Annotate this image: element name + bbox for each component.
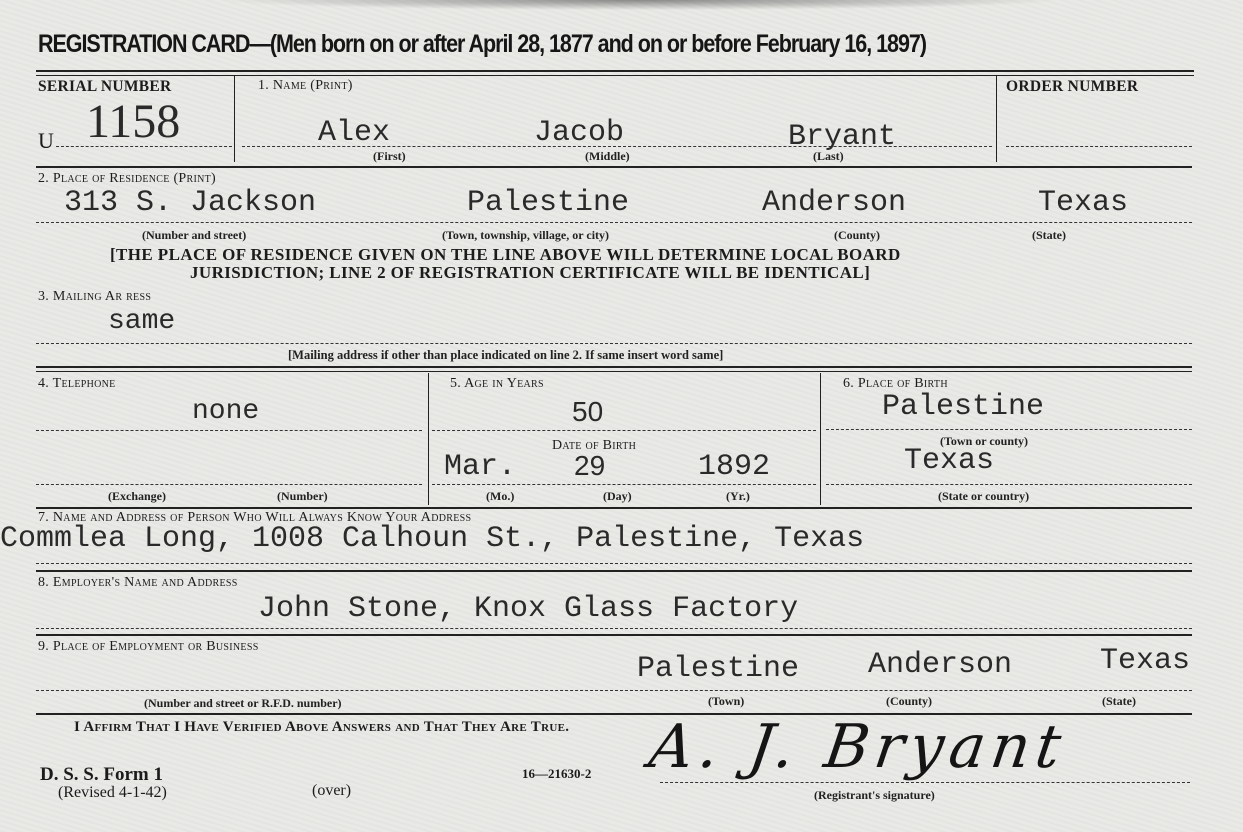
serial-number-value[interactable]: 1158 xyxy=(86,94,180,149)
jurisdiction-notice-1: [THE PLACE OF RESIDENCE GIVEN ON THE LIN… xyxy=(110,246,901,264)
residence-county[interactable]: Anderson xyxy=(762,186,906,220)
employer-value[interactable]: John Stone, Knox Glass Factory xyxy=(258,592,798,626)
caption-state-or-country: (State or country) xyxy=(938,489,1029,504)
order-number-field[interactable] xyxy=(1006,146,1192,147)
name-middle[interactable]: Jacob xyxy=(534,116,624,150)
age-underline xyxy=(432,430,816,431)
affirmation-text: I Affirm That I Have Verified Above Answ… xyxy=(74,719,569,736)
birthplace-underline-1 xyxy=(826,429,1192,430)
mailing-underline xyxy=(36,343,1192,344)
serial-prefix: U xyxy=(38,128,54,154)
caption-exchange: (Exchange) xyxy=(108,489,166,504)
age-divider xyxy=(820,373,821,505)
age-label: 5. Age in Years xyxy=(450,376,544,392)
residence-label: 2. Place of Residence (Print) xyxy=(38,171,216,187)
rule-after-employer xyxy=(36,634,1192,636)
rule-after-mailing-2 xyxy=(36,371,1192,372)
caption-last: (Last) xyxy=(813,149,844,164)
card-title: REGISTRATION CARD—(Men born on or after … xyxy=(38,30,926,59)
signature-underline xyxy=(660,782,1190,783)
caption-employment-street: (Number and street or R.F.D. number) xyxy=(144,696,342,711)
print-code: 16—21630-2 xyxy=(522,766,591,782)
form-revised: (Revised 4-1-42) xyxy=(58,784,167,802)
employer-label: 8. Employer's Name and Address xyxy=(38,575,238,591)
employment-county[interactable]: Anderson xyxy=(868,648,1012,682)
residence-underline xyxy=(36,222,1192,223)
employment-town[interactable]: Palestine xyxy=(637,652,799,686)
registrant-signature[interactable]: A. J. Bryant xyxy=(645,712,1071,782)
top-rule-2 xyxy=(36,75,1194,76)
age-value[interactable]: 50 xyxy=(572,396,603,428)
contact-person-value[interactable]: Commlea Long, 1008 Calhoun St., Palestin… xyxy=(0,522,864,556)
rule-after-birth xyxy=(36,507,1192,509)
name-first[interactable]: Alex xyxy=(318,116,390,150)
telephone-label: 4. Telephone xyxy=(38,376,116,392)
order-number-label: ORDER NUMBER xyxy=(1006,78,1138,96)
top-rule xyxy=(36,70,1194,72)
caption-first: (First) xyxy=(373,149,406,164)
telephone-underline-2 xyxy=(36,484,422,485)
employer-underline xyxy=(36,628,1192,629)
employment-place-label: 9. Place of Employment or Business xyxy=(38,639,259,655)
caption-year: (Yr.) xyxy=(726,489,750,504)
birthplace-state[interactable]: Texas xyxy=(904,444,994,478)
mailing-address-value[interactable]: same xyxy=(108,306,175,337)
caption-state: (State) xyxy=(1032,228,1066,243)
serial-underline xyxy=(56,146,232,147)
caption-county: (County) xyxy=(834,228,880,243)
caption-town: (Town, township, village, or city) xyxy=(442,228,609,243)
caption-employment-state: (State) xyxy=(1102,694,1136,709)
order-divider xyxy=(996,76,997,162)
rule-after-mailing xyxy=(36,366,1192,368)
telephone-value[interactable]: none xyxy=(192,396,259,427)
dob-month[interactable]: Mar. xyxy=(444,450,516,484)
caption-middle: (Middle) xyxy=(585,149,630,164)
caption-month: (Mo.) xyxy=(486,489,514,504)
residence-state[interactable]: Texas xyxy=(1038,186,1128,220)
name-underline xyxy=(242,146,992,147)
rule-after-name xyxy=(36,166,1192,168)
caption-day: (Day) xyxy=(603,489,632,504)
name-label: 1. Name (Print) xyxy=(258,78,353,94)
form-name: D. S. S. Form 1 xyxy=(40,764,163,786)
birthplace-underline-2 xyxy=(826,484,1192,485)
employment-underline xyxy=(36,690,1192,691)
mailing-address-label: 3. Mailing Ar ress xyxy=(38,289,151,305)
caption-street: (Number and street) xyxy=(142,228,246,243)
caption-employment-town: (Town) xyxy=(708,694,744,709)
dob-underline xyxy=(432,484,816,485)
employment-state[interactable]: Texas xyxy=(1100,644,1190,678)
mailing-address-caption: [Mailing address if other than place ind… xyxy=(288,348,723,363)
residence-street[interactable]: 313 S. Jackson xyxy=(64,186,316,220)
birthplace-town[interactable]: Palestine xyxy=(882,390,1044,424)
serial-divider xyxy=(234,76,235,162)
contact-underline xyxy=(36,563,1192,564)
caption-number: (Number) xyxy=(277,489,328,504)
jurisdiction-notice-2: JURISDICTION; LINE 2 OF REGISTRATION CER… xyxy=(190,264,870,282)
dob-day[interactable]: 29 xyxy=(574,450,605,482)
rule-after-contact xyxy=(36,570,1192,572)
telephone-underline-1 xyxy=(36,430,422,431)
residence-town[interactable]: Palestine xyxy=(467,186,629,220)
over-note: (over) xyxy=(312,782,351,800)
telephone-divider xyxy=(428,373,429,505)
caption-employment-county: (County) xyxy=(886,694,932,709)
signature-caption: (Registrant's signature) xyxy=(814,788,935,803)
dob-year[interactable]: 1892 xyxy=(698,450,770,484)
